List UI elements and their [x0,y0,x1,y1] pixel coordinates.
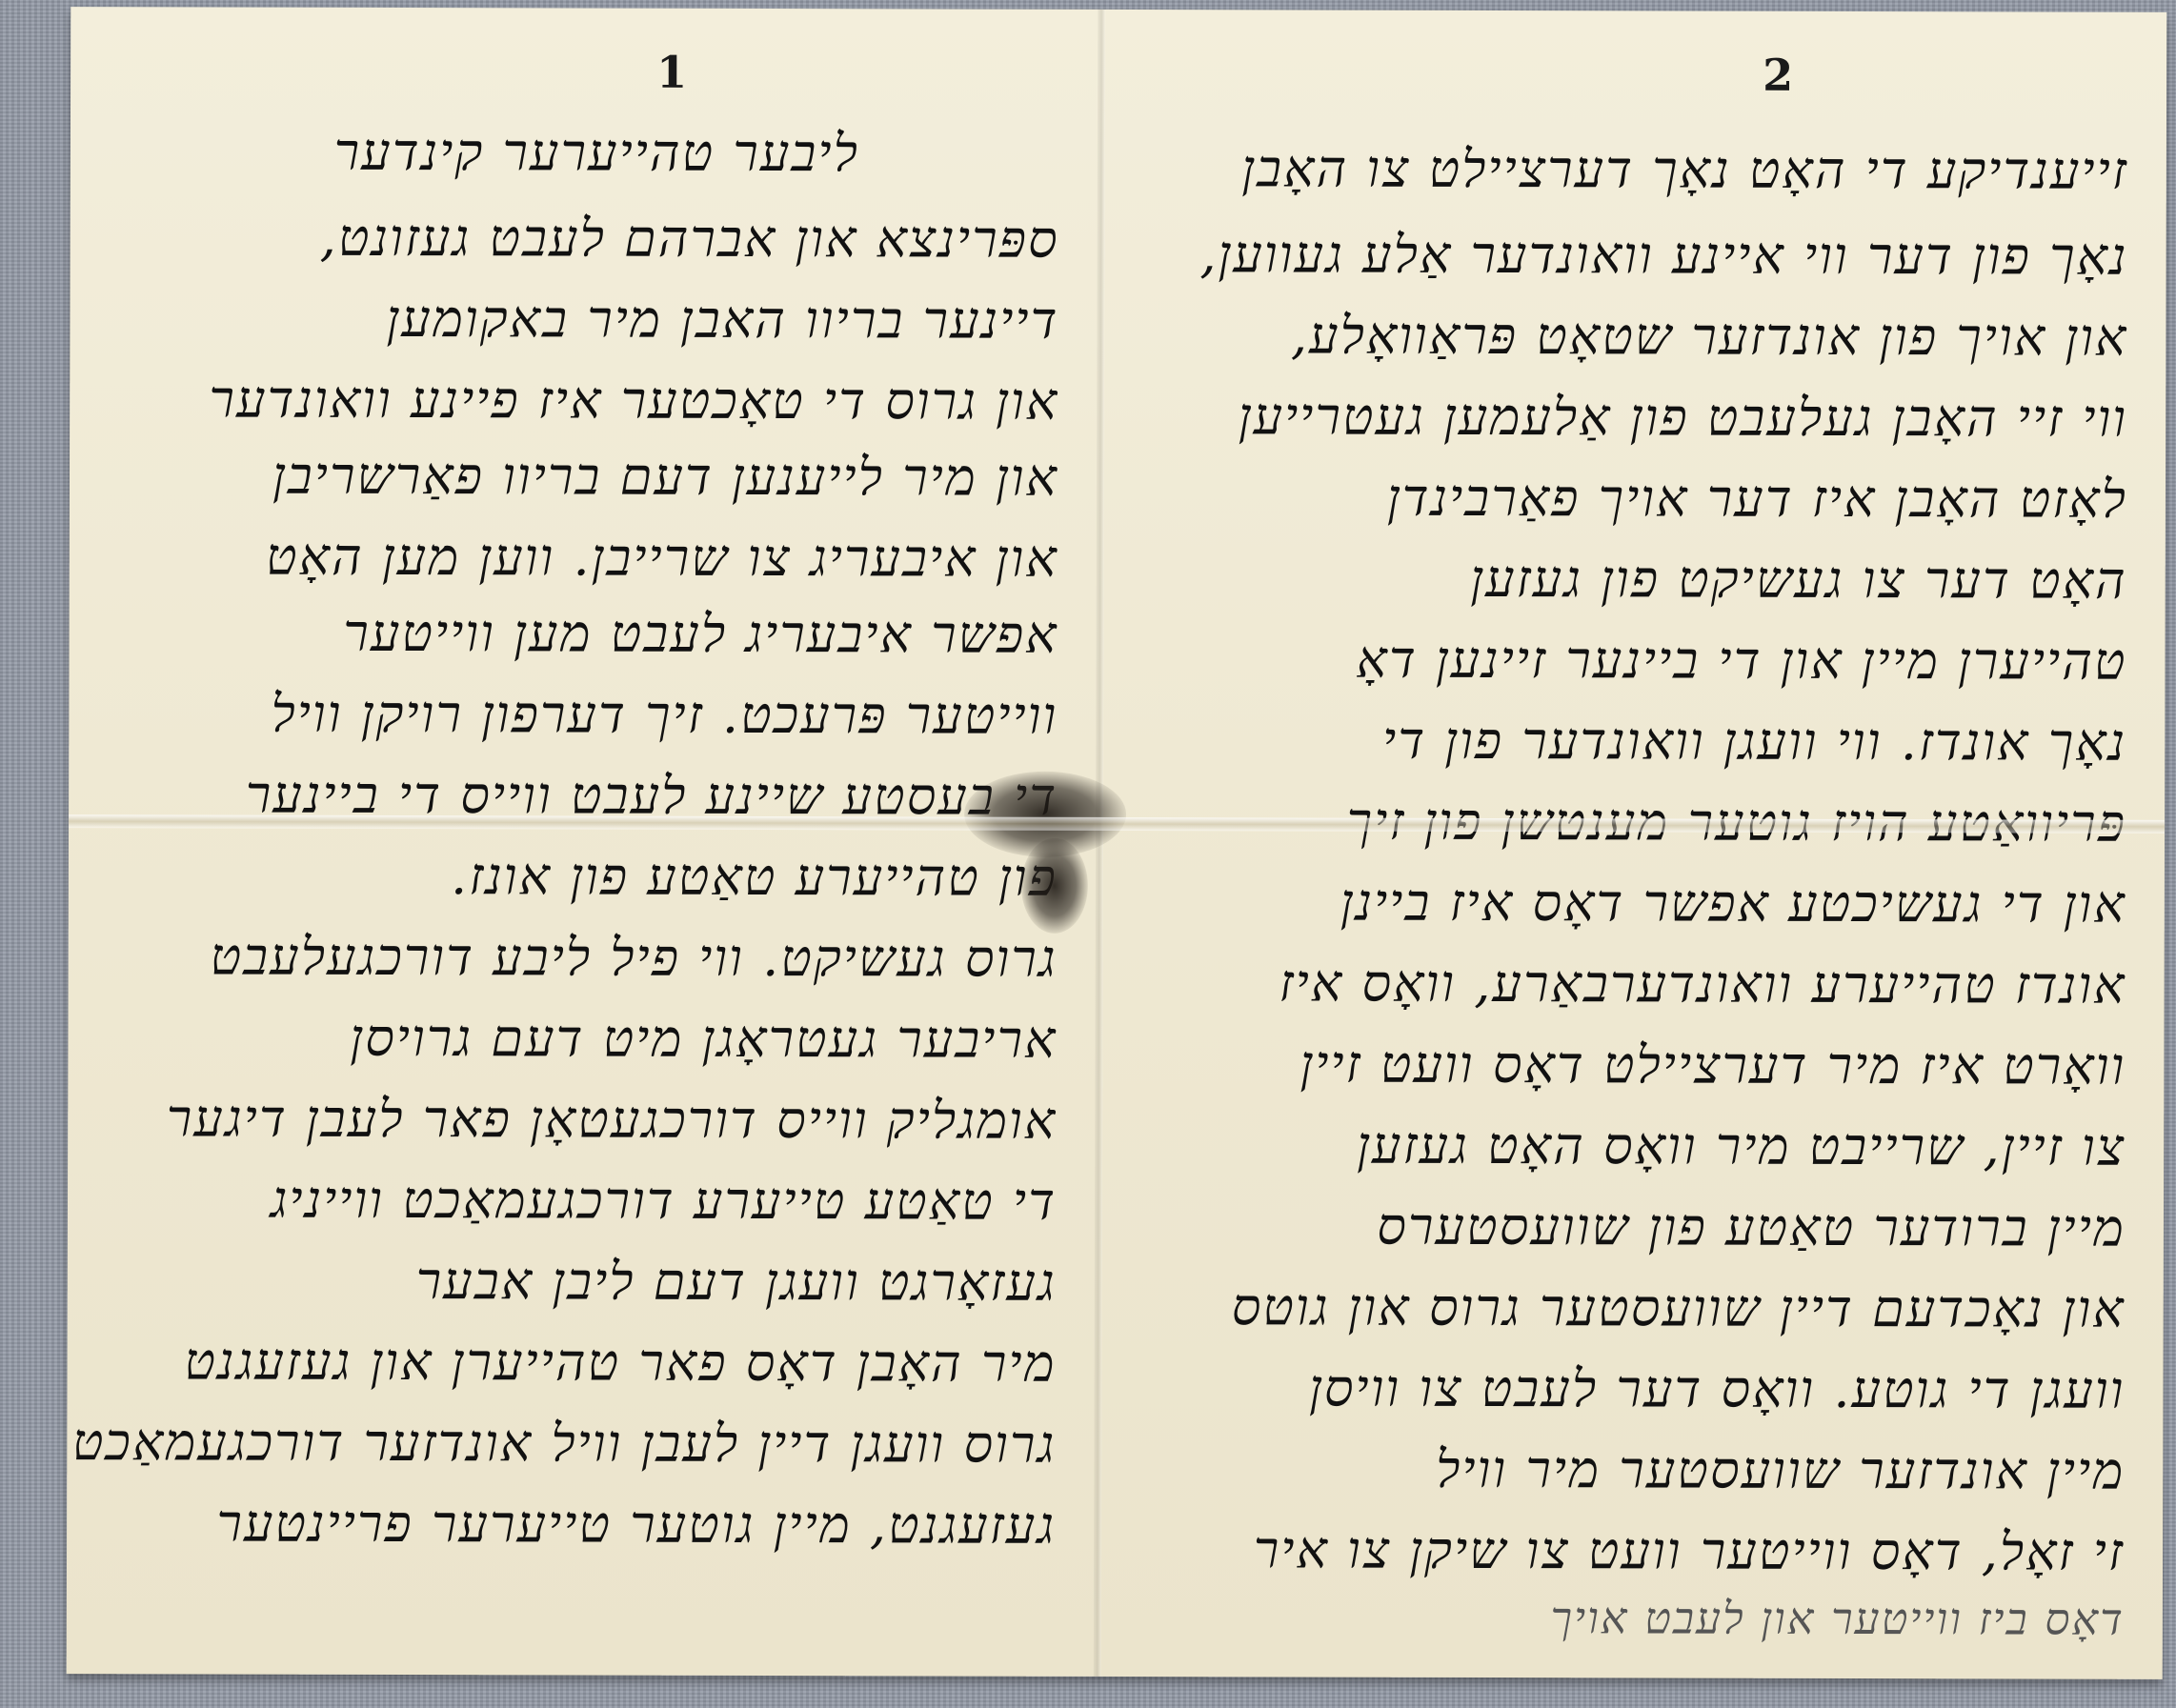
salutation: ליבער טהייערער קינדער [334,122,859,183]
letter-line: פון טהייערע טאַטע פון אונז. [451,846,1058,908]
letter-line: גרוס וועגן דיין לעבן וויל אונדזער דורכגע… [72,1412,1057,1475]
letter-line: און מיר לייענען דעם בריוו פאַרשריבן [272,446,1058,508]
letter-line: זי זאָל, דאָס ווייטער וועט צו שיקן צו אי… [1254,1519,2125,1581]
letter-line: די בעסטע שיינע לעבט ווייס די ביינער [246,765,1058,827]
page-number: 1 [656,47,687,98]
letter-paper: 1 ליבער טהייערער קינדער ספּרינצא און אבר… [67,7,2167,1679]
letter-line: טהייערן מיין און די ביינער זיינען דאָ [1356,630,2126,692]
letter-line: דאָס ביז ווייטער און לעבט אויך [1550,1592,2125,1645]
letter-line: פּריוואַטע הויז גוטער מענטשן פון זיך [1347,792,2127,854]
letter-line: האָט דער צו געשיקט פון געזען [1470,549,2127,611]
letter-line: ספּרינצא און אברהם לעבט געזונט, [320,208,1059,270]
letter-line: גרוס געשיקט. ווי פיל ליבע דורכגעלעבט [210,927,1057,989]
letter-line: וואָרט איז מיר דערציילט דאָס וועט זיין [1300,1035,2126,1096]
letter-line: און איבעריג צו שרייבן. ווען מען האָט [266,527,1058,589]
page-number: 2 [1763,50,1793,101]
letter-line: און די געשיכטע אפשר דאָס איז ביינן [1340,873,2126,934]
letter-line: און גרוס די טאָכטער איז פיינע וואונדער [209,370,1058,432]
letter-line: מיין אונדזער שוועסטער מיר וויל [1436,1439,2125,1501]
letter-line: נאָך אונדז. ווי וועגן וואונדער פון די [1382,711,2126,773]
letter-line: לאָזט האָבן איז דער אויך פאַרבינדן [1387,468,2127,530]
left-page: 1 ליבער טהייערער קינדער ספּרינצא און אבר… [67,7,1098,1677]
letter-line: צו זיין, שרייבט מיר וואָס האָט געזען [1357,1115,2126,1177]
letter-line: אומגליק ווייס דורכגעטאָן פאר לעבן דיגער [167,1088,1058,1150]
letter-line: דיינער בריוו האבן מיר באקומען [387,289,1059,351]
letter-line: און אויך פון אונדזער שטאָט פּראַוואָלע, [1291,305,2128,367]
letter-line: נאָך פון דער ווי איינע וואונדער אַלע געו… [1199,224,2127,287]
letter-line: מיין ברודער טאַטע פון שוועסטערס [1377,1196,2126,1258]
letter-line: אונדז טהייערע וואונדערבאַרע, וואָס איז [1279,953,2126,1015]
letter-line: וועגן די גוטע. וואָס דער לעבט צו וויסן [1309,1358,2126,1420]
letter-line: געזאָרגט וועגן דעם ליבן אבער [416,1251,1057,1313]
letter-line: און נאָכדעם דיין שוועסטער גרוס און גוטס [1232,1276,2126,1338]
letter-line: זייענדיקע די האָט נאָך דערציילט צו האָבן [1241,138,2128,200]
letter-line: אריבער געטראָגן מיט דעם גרויסן [350,1008,1057,1070]
letter-line: אפשר איבעריג לעבט מען ווייטער [343,603,1058,665]
letter-line: געזעגנט, מיין גוטער טייערער פריינטער [216,1494,1056,1556]
right-page: 2 זייענדיקע די האָט נאָך דערציילט צו האָ… [1101,10,2167,1679]
letter-line: די טאַטע טייערע דורכגעמאַכט ווייניג [271,1170,1058,1232]
letter-line: ווייטער פּרעכט. זיך דערפון רויקן וויל [271,684,1058,746]
letter-line: מיר האָבן דאָס פאר טהייערן און געזעגנט [184,1331,1056,1393]
ink-stain [1021,838,1088,934]
letter-line: ווי זיי האָבן געלעבט פון אַלעמען געטרייע… [1239,386,2128,448]
